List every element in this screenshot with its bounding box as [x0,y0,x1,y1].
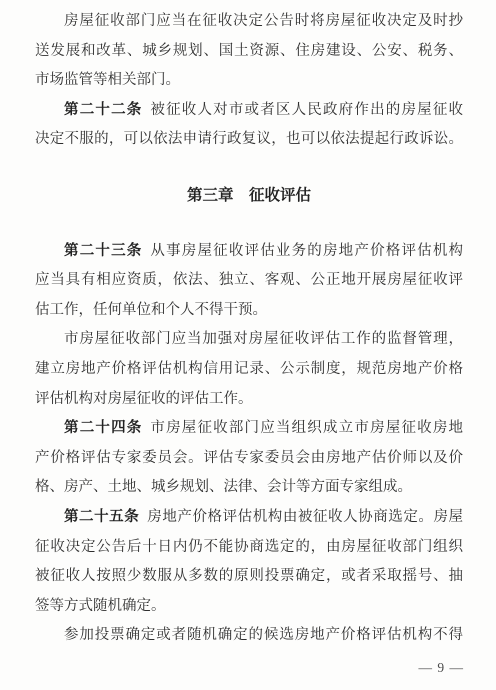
text-line: 房屋征收部门应当在征收决定公告时将房屋征收决定及时抄 [35,7,463,37]
line-text: 市房屋征收部门应当组织成立市房屋征收房地 [150,420,463,436]
text-line: 格、房产、土地、城乡规划、法律、会计等方面专家组成。 [35,473,463,503]
document-page: 房屋征收部门应当在征收决定公告时将房屋征收决定及时抄送发展和改革、城乡规划、国土… [0,0,496,690]
line-text: 格、房产、土地、城乡规划、法律、会计等方面专家组成。 [35,479,412,495]
page-number: — 9 — [419,660,465,676]
text-line: 应当具有相应资质，依法、独立、客观、公正地开展房屋征收评 [35,266,463,296]
chapter-title: 征收评估 [249,187,311,204]
article-number: 第二十五条 [64,509,139,525]
text-line: 第二十二条被征收人对市或者区人民政府作出的房屋征收 [35,96,463,126]
text-line: 参加投票确定或者随机确定的候选房地产价格评估机构不得 [35,621,463,651]
article-number: 第二十三条 [64,243,142,259]
line-text: 参加投票确定或者随机确定的候选房地产价格评估机构不得 [64,627,463,643]
text-line: 估工作，任何单位和个人不得干预。 [35,296,463,326]
document-body: 房屋征收部门应当在征收决定公告时将房屋征收决定及时抄送发展和改革、城乡规划、国土… [0,0,496,651]
article-number: 第二十四条 [64,420,142,436]
text-line: 第二十三条从事房屋征收评估业务的房地产价格评估机构 [35,237,463,267]
text-line: 送发展和改革、城乡规划、国土资源、住房建设、公安、税务、 [35,37,463,67]
line-text: 房屋征收部门应当在征收决定公告时将房屋征收决定及时抄 [64,13,463,29]
chapter-number: 第三章 [187,187,234,204]
text-line: 被征收人按照少数服从多数的原则投票确定，或者采取摇号、抽 [35,562,463,592]
line-text: 签等方式随机确定。 [35,598,166,614]
paragraph-block-top: 房屋征收部门应当在征收决定公告时将房屋征收决定及时抄送发展和改革、城乡规划、国土… [35,7,463,155]
line-text: 房地产价格评估机构由被征收人协商选定。房屋 [147,509,463,525]
text-line: 评估机构对房屋征收的评估工作。 [35,385,463,415]
text-line: 签等方式随机确定。 [35,592,463,622]
text-line: 建立房地产价格评估机构信用记录、公示制度，规范房地产价格 [35,355,463,385]
paragraph-block-bottom: 第二十三条从事房屋征收评估业务的房地产价格评估机构应当具有相应资质，依法、独立、… [35,237,463,651]
line-text: 送发展和改革、城乡规划、国土资源、住房建设、公安、税务、 [35,43,463,59]
line-text: 市房屋征收部门应当加强对房屋征收评估工作的监督管理， [64,331,463,347]
line-text: 估工作，任何单位和个人不得干预。 [35,302,267,318]
line-text: 从事房屋征收评估业务的房地产价格评估机构 [150,243,463,259]
text-line: 产价格评估专家委员会。评估专家委员会由房地产估价师以及价 [35,444,463,474]
line-text: 决定不服的，可以依法申请行政复议，也可以依法提起行政诉讼。 [35,131,463,147]
text-line: 市场监管等相关部门。 [35,66,463,96]
text-line: 决定不服的，可以依法申请行政复议，也可以依法提起行政诉讼。 [35,125,463,155]
line-text: 评估机构对房屋征收的评估工作。 [35,391,253,407]
line-text: 市场监管等相关部门。 [35,72,180,88]
text-line: 第二十四条市房屋征收部门应当组织成立市房屋征收房地 [35,414,463,444]
text-line: 征收决定公告后十日内仍不能协商选定的，由房屋征收部门组织 [35,533,463,563]
line-text: 征收决定公告后十日内仍不能协商选定的，由房屋征收部门组织 [35,539,463,555]
line-text: 被征收人对市或者区人民政府作出的房屋征收 [150,102,463,118]
line-text: 应当具有相应资质，依法、独立、客观、公正地开展房屋征收评 [35,272,463,288]
line-text: 被征收人按照少数服从多数的原则投票确定，或者采取摇号、抽 [35,568,463,584]
line-text: 建立房地产价格评估机构信用记录、公示制度，规范房地产价格 [35,361,463,377]
text-line: 第二十五条房地产价格评估机构由被征收人协商选定。房屋 [35,503,463,533]
line-text: 产价格评估专家委员会。评估专家委员会由房地产估价师以及价 [35,450,463,466]
chapter-heading: 第三章征收评估 [35,181,463,211]
text-line: 市房屋征收部门应当加强对房屋征收评估工作的监督管理， [35,325,463,355]
article-number: 第二十二条 [64,102,142,118]
